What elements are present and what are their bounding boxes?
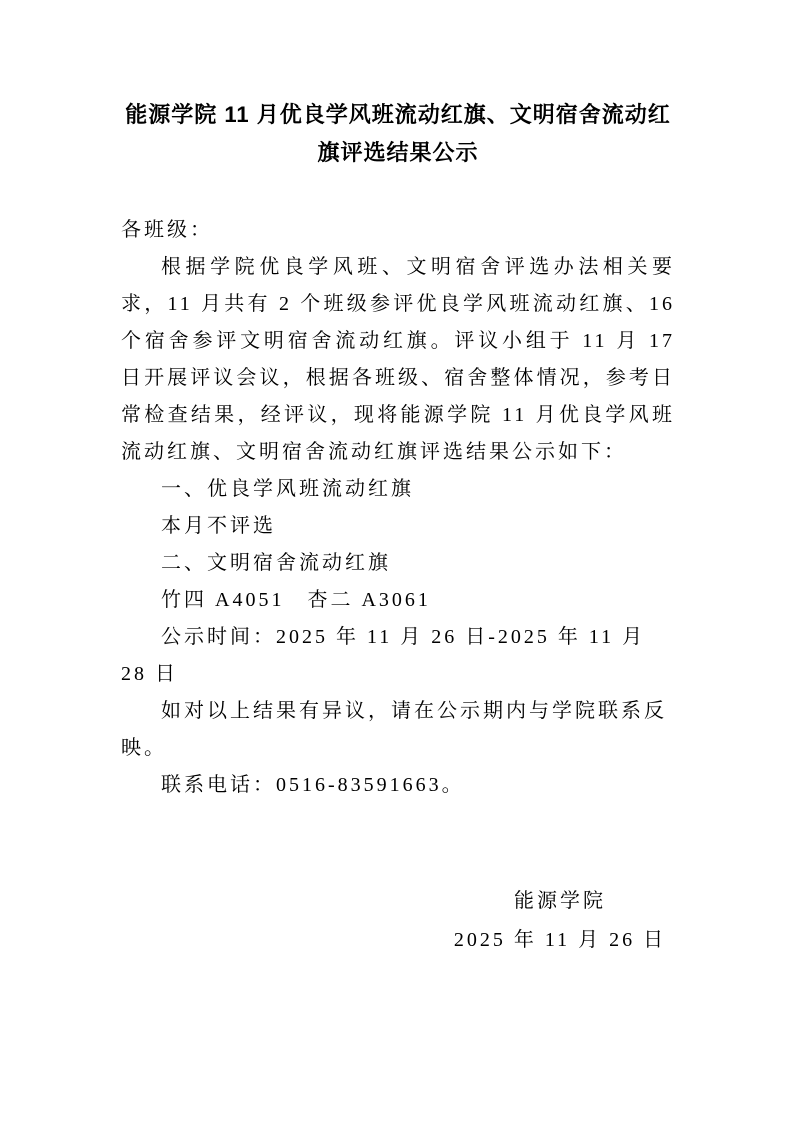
para-intro: 根据学院优良学风班、文明宿舍评选办法相关要求，11 月共有 2 个班级参评优良学… (121, 249, 675, 471)
document-body: 各班级： 根据学院优良学风班、文明宿舍评选办法相关要求，11 月共有 2 个班级… (121, 212, 675, 804)
para-section2-winners: 竹四 A4051 杏二 A3061 (121, 582, 675, 619)
title-line-2: 旗评选结果公示 (121, 134, 675, 172)
document-title: 能源学院 11 月优良学风班流动红旗、文明宿舍流动红 旗评选结果公示 (121, 96, 675, 172)
signature-block: 能源学院 2025 年 11 月 26 日 (380, 882, 740, 960)
document-page: 能源学院 11 月优良学风班流动红旗、文明宿舍流动红 旗评选结果公示 各班级： … (0, 0, 794, 1123)
para-publicity-period: 公示时间：2025 年 11 月 26 日-2025 年 11 月 28 日 (121, 619, 675, 693)
para-feedback-note: 如对以上结果有异议，请在公示期内与学院联系反映。 (121, 693, 675, 767)
para-contact-phone: 联系电话：0516-83591663。 (121, 767, 675, 804)
para-section1-heading: 一、优良学风班流动红旗 (121, 471, 675, 508)
signature-org: 能源学院 (380, 882, 740, 921)
document-content: 能源学院 11 月优良学风班流动红旗、文明宿舍流动红 旗评选结果公示 各班级： … (0, 0, 794, 960)
para-section2-heading: 二、文明宿舍流动红旗 (121, 545, 675, 582)
title-line-1: 能源学院 11 月优良学风班流动红旗、文明宿舍流动红 (121, 96, 675, 134)
signature-date: 2025 年 11 月 26 日 (380, 921, 740, 960)
salutation: 各班级： (121, 212, 675, 249)
para-section1-result: 本月不评选 (121, 508, 675, 545)
